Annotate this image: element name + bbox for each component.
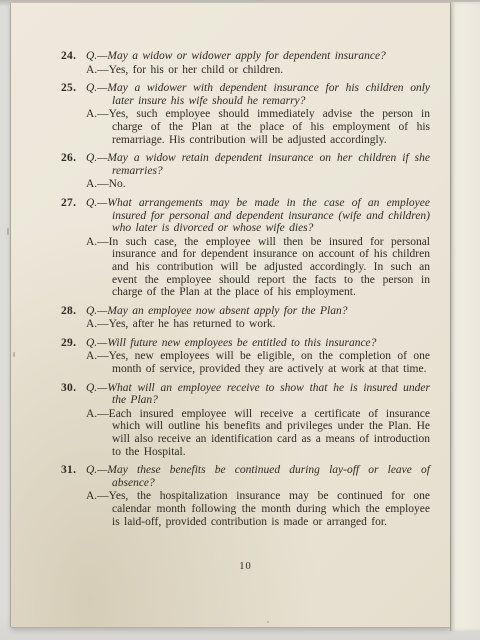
qa-item: 24. Q.—May a widow or widower apply for …	[61, 50, 430, 76]
qa-body: Q.—What arrangements may be made in the …	[86, 197, 430, 299]
photo-dust-speck	[267, 621, 269, 623]
qa-item: 31. Q.—May these benefits be continued d…	[61, 464, 430, 528]
question-number: 28.	[61, 305, 86, 331]
question-number: 26.	[61, 152, 86, 191]
qa-body: Q.—May a widow retain dependent insuranc…	[86, 152, 430, 191]
question-text: Q.—May a widow or widower apply for depe…	[86, 50, 430, 63]
qa-body: Q.—May these benefits be continued durin…	[86, 464, 430, 528]
question-text: Q.—May a widower with dependent insuranc…	[86, 82, 430, 107]
question-number: 31.	[61, 464, 86, 528]
question-text: Q.—May an employee now absent apply for …	[86, 305, 430, 318]
qa-body: Q.—May a widow or widower apply for depe…	[86, 50, 430, 76]
booklet-page: 24. Q.—May a widow or widower apply for …	[11, 3, 450, 627]
photo-of-booklet-page: 24. Q.—May a widow or widower apply for …	[0, 0, 480, 640]
question-number: 27.	[61, 197, 86, 299]
question-text: Q.—What will an employee receive to show…	[86, 382, 430, 407]
page-number: 10	[61, 561, 430, 572]
answer-text: A.—Yes, for his or her child or children…	[86, 64, 430, 77]
question-text: Q.—May a widow retain dependent insuranc…	[86, 152, 430, 177]
question-number: 25.	[61, 82, 86, 146]
qa-item: 30. Q.—What will an employee receive to …	[61, 382, 430, 459]
qa-body: Q.—Will future new employees be entitled…	[86, 337, 430, 376]
photo-dust-speck	[13, 352, 15, 357]
question-text: Q.—What arrangements may be made in the …	[86, 197, 430, 235]
qa-item: 27. Q.—What arrangements may be made in …	[61, 197, 430, 299]
photo-dust-speck	[7, 228, 9, 235]
qa-item: 28. Q.—May an employee now absent apply …	[61, 305, 430, 331]
question-text: Q.—Will future new employees be entitled…	[86, 337, 430, 350]
answer-text: A.—Yes, such employee should immediately…	[86, 108, 430, 146]
underlying-page-edge	[450, 2, 480, 631]
qa-body: Q.—May a widower with dependent insuranc…	[86, 82, 430, 146]
question-number: 24.	[61, 50, 86, 76]
qa-item: 25. Q.—May a widower with dependent insu…	[61, 82, 430, 146]
qa-item: 26. Q.—May a widow retain dependent insu…	[61, 152, 430, 191]
question-text: Q.—May these benefits be continued durin…	[86, 464, 430, 489]
answer-text: A.—Each insured employee will receive a …	[86, 408, 430, 458]
question-number: 30.	[61, 382, 86, 459]
answer-text: A.—In such case, the employee will then …	[86, 236, 430, 299]
answer-text: A.—Yes, after he has returned to work.	[86, 318, 430, 331]
qa-list: 24. Q.—May a widow or widower apply for …	[61, 50, 430, 534]
qa-item: 29. Q.—Will future new employees be enti…	[61, 337, 430, 376]
answer-text: A.—No.	[86, 178, 430, 191]
question-number: 29.	[61, 337, 86, 376]
answer-text: A.—Yes, the hospitalization insurance ma…	[86, 490, 430, 528]
qa-body: Q.—What will an employee receive to show…	[86, 382, 430, 459]
qa-body: Q.—May an employee now absent apply for …	[86, 305, 430, 331]
answer-text: A.—Yes, new employees will be eligible, …	[86, 350, 430, 375]
